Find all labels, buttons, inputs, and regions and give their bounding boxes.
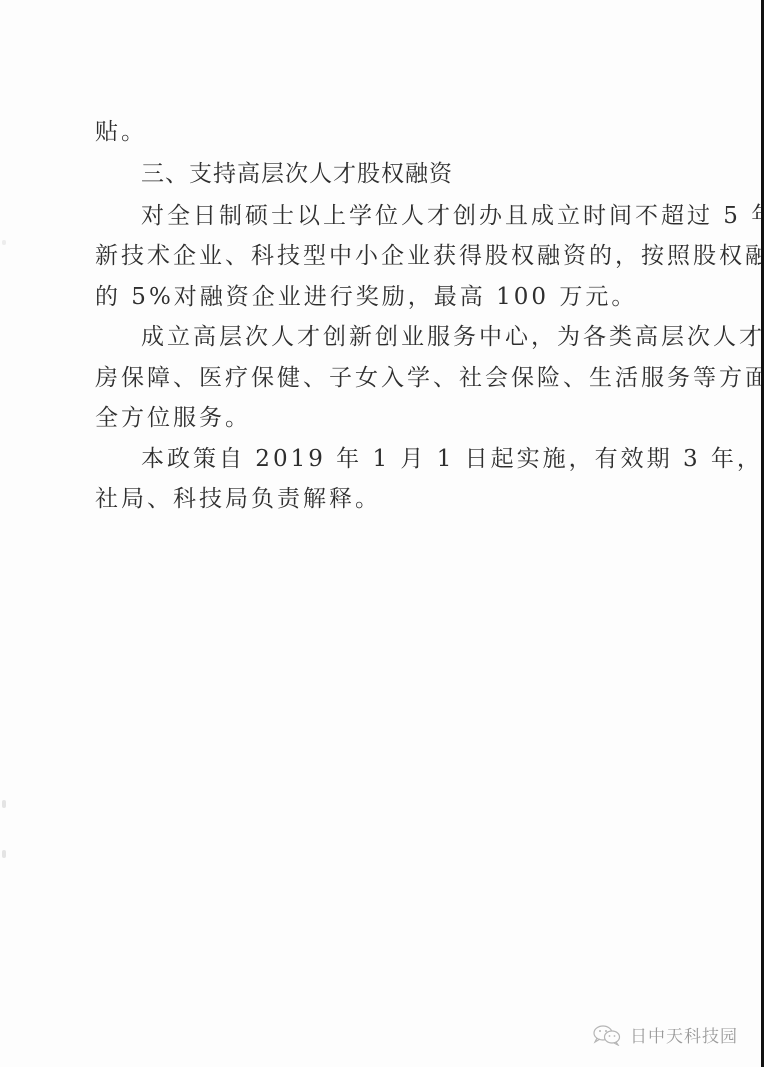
paragraph-line: 房保障、医疗保健、子女入学、社会保险、生活服务等方面提供 [95, 358, 700, 399]
section-heading: 三、支持高层次人才股权融资 [95, 153, 700, 196]
paragraph-line: 对全日制硕士以上学位人才创办且成立时间不超过 5 年的高 [95, 196, 700, 237]
watermark-text: 日中天科技园 [630, 1022, 738, 1047]
paragraph-line-continuation: 贴。 [95, 112, 700, 153]
scan-artifact [2, 850, 6, 858]
paragraph-line: 新技术企业、科技型中小企业获得股权融资的，按照股权融资额 [95, 236, 700, 277]
scanned-document-page: 贴。 三、支持高层次人才股权融资 对全日制硕士以上学位人才创办且成立时间不超过 … [0, 0, 761, 1067]
scan-artifact [2, 240, 6, 245]
document-body: 贴。 三、支持高层次人才股权融资 对全日制硕士以上学位人才创办且成立时间不超过 … [95, 112, 700, 520]
scan-artifact [2, 800, 6, 808]
paragraph-line: 的 5%对融资企业进行奖励，最高 100 万元。 [95, 277, 700, 318]
wechat-account-watermark: 日中天科技园 [592, 1022, 738, 1047]
wechat-chat-bubbles-icon [592, 1024, 622, 1046]
paragraph-line: 本政策自 2019 年 1 月 1 日起实施，有效期 3 年，由高新区人 [95, 439, 700, 480]
paragraph-line: 社局、科技局负责解释。 [95, 479, 700, 520]
paragraph-line: 全方位服务。 [95, 398, 700, 439]
paragraph-line: 成立高层次人才创新创业服务中心，为各类高层次人才在住 [95, 317, 700, 358]
